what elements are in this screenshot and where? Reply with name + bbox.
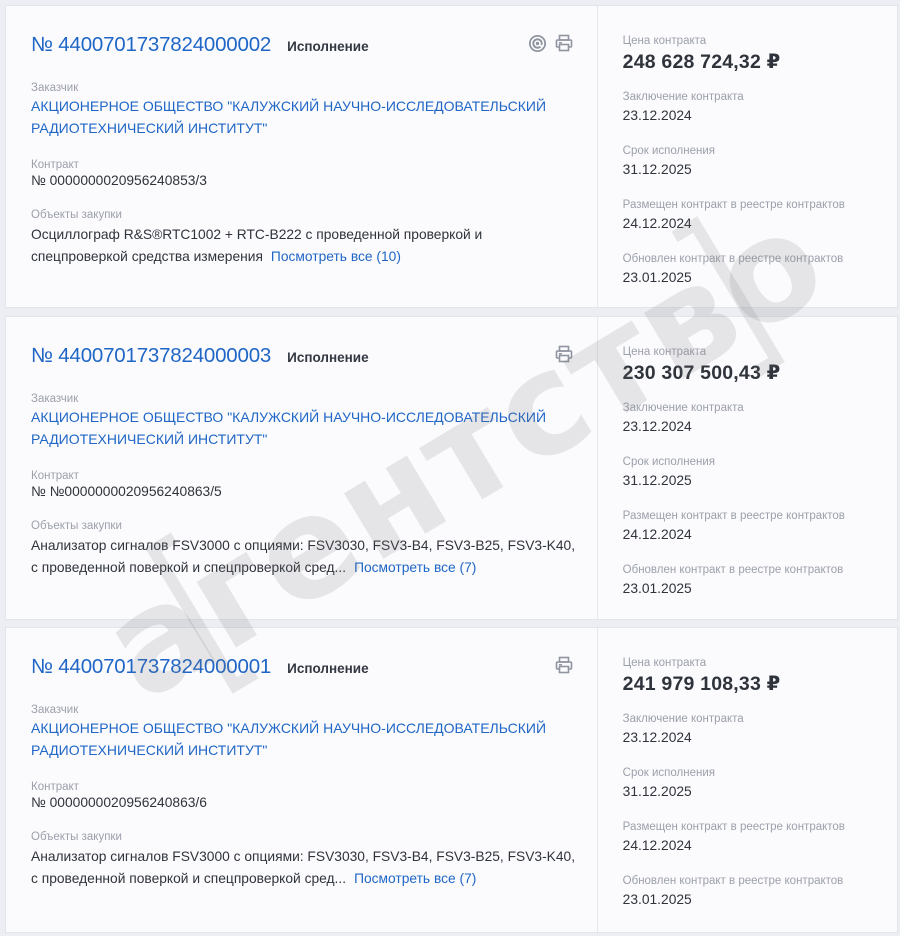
customer-link[interactable]: АКЦИОНЕРНОЕ ОБЩЕСТВО "КАЛУЖСКИЙ НАУЧНО-И… <box>31 406 597 450</box>
see-all-link[interactable]: Посмотреть все (7) <box>354 560 476 575</box>
conclusion-label: Заключение контракта <box>623 90 897 104</box>
contract-side-info: Цена контракта 241 979 108,33 ₽ Заключен… <box>597 628 897 932</box>
status-badge: Исполнение <box>287 350 368 365</box>
objects-label: Объекты закупки <box>31 830 597 844</box>
conclusion-date: 23.12.2024 <box>623 418 897 436</box>
updated-label: Обновлен контракт в реестре контрактов <box>623 563 897 577</box>
contract-side-info: Цена контракта 230 307 500,43 ₽ Заключен… <box>597 317 897 619</box>
term-date: 31.12.2025 <box>623 161 897 179</box>
registry-number-link[interactable]: № 4400701737824000003 <box>31 344 271 368</box>
contract-main-info: № 4400701737824000003 Исполнение Заказчи… <box>6 317 597 619</box>
contract-price: 248 628 724,32 ₽ <box>623 51 897 73</box>
see-all-link[interactable]: Посмотреть все (10) <box>271 249 401 264</box>
placed-label: Размещен контракт в реестре контрактов <box>623 820 897 834</box>
registry-number-link[interactable]: № 4400701737824000002 <box>31 33 271 57</box>
contract-main-info: № 4400701737824000002 Исполнение Заказчи… <box>6 6 597 307</box>
updated-date: 23.01.2025 <box>623 580 897 598</box>
print-icon[interactable] <box>554 655 574 675</box>
status-badge: Исполнение <box>287 661 368 676</box>
updated-label: Обновлен контракт в реестре контрактов <box>623 252 897 266</box>
customer-label: Заказчик <box>31 703 597 717</box>
contract-label: Контракт <box>31 158 597 172</box>
price-label: Цена контракта <box>623 34 897 48</box>
see-all-link[interactable]: Посмотреть все (7) <box>354 871 476 886</box>
contract-price: 241 979 108,33 ₽ <box>623 673 897 695</box>
print-icon[interactable] <box>554 344 574 364</box>
updated-label: Обновлен контракт в реестре контрактов <box>623 874 897 888</box>
placed-label: Размещен контракт в реестре контрактов <box>623 198 897 212</box>
contract-number: № №0000000020956240863/5 <box>31 483 597 501</box>
contract-number: № 0000000020956240853/3 <box>31 172 597 190</box>
objects-text: Анализатор сигналов FSV3000 с опциями: F… <box>31 538 575 575</box>
updated-date: 23.01.2025 <box>623 891 897 909</box>
placed-date: 24.12.2024 <box>623 526 897 544</box>
objects-label: Объекты закупки <box>31 208 597 222</box>
contract-card: № 4400701737824000003 Исполнение Заказчи… <box>5 316 898 620</box>
contract-price: 230 307 500,43 ₽ <box>623 362 897 384</box>
objects-label: Объекты закупки <box>31 519 597 533</box>
term-label: Срок исполнения <box>623 766 897 780</box>
conclusion-date: 23.12.2024 <box>623 107 897 125</box>
customer-link[interactable]: АКЦИОНЕРНОЕ ОБЩЕСТВО "КАЛУЖСКИЙ НАУЧНО-И… <box>31 717 597 761</box>
term-label: Срок исполнения <box>623 455 897 469</box>
contract-side-info: Цена контракта 248 628 724,32 ₽ Заключен… <box>597 6 897 307</box>
customer-link[interactable]: АКЦИОНЕРНОЕ ОБЩЕСТВО "КАЛУЖСКИЙ НАУЧНО-И… <box>31 95 597 139</box>
print-icon[interactable] <box>554 33 574 53</box>
contract-card: № 4400701737824000001 Исполнение Заказчи… <box>5 627 898 933</box>
price-label: Цена контракта <box>623 345 897 359</box>
email-icon[interactable] <box>528 33 548 53</box>
objects-text: Анализатор сигналов FSV3000 с опциями: F… <box>31 849 575 886</box>
conclusion-date: 23.12.2024 <box>623 729 897 747</box>
contract-label: Контракт <box>31 780 597 794</box>
contract-label: Контракт <box>31 469 597 483</box>
objects-text: Осциллограф R&S®RTC1002 + RTC-B222 с про… <box>31 227 482 264</box>
contract-number: № 0000000020956240863/6 <box>31 794 597 812</box>
term-label: Срок исполнения <box>623 144 897 158</box>
contract-main-info: № 4400701737824000001 Исполнение Заказчи… <box>6 628 597 932</box>
customer-label: Заказчик <box>31 81 597 95</box>
placed-label: Размещен контракт в реестре контрактов <box>623 509 897 523</box>
placed-date: 24.12.2024 <box>623 837 897 855</box>
term-date: 31.12.2025 <box>623 783 897 801</box>
customer-label: Заказчик <box>31 392 597 406</box>
conclusion-label: Заключение контракта <box>623 401 897 415</box>
conclusion-label: Заключение контракта <box>623 712 897 726</box>
status-badge: Исполнение <box>287 39 368 54</box>
contract-card: № 4400701737824000002 Исполнение Заказчи… <box>5 5 898 308</box>
placed-date: 24.12.2024 <box>623 215 897 233</box>
term-date: 31.12.2025 <box>623 472 897 490</box>
price-label: Цена контракта <box>623 656 897 670</box>
registry-number-link[interactable]: № 4400701737824000001 <box>31 655 271 679</box>
updated-date: 23.01.2025 <box>623 269 897 287</box>
